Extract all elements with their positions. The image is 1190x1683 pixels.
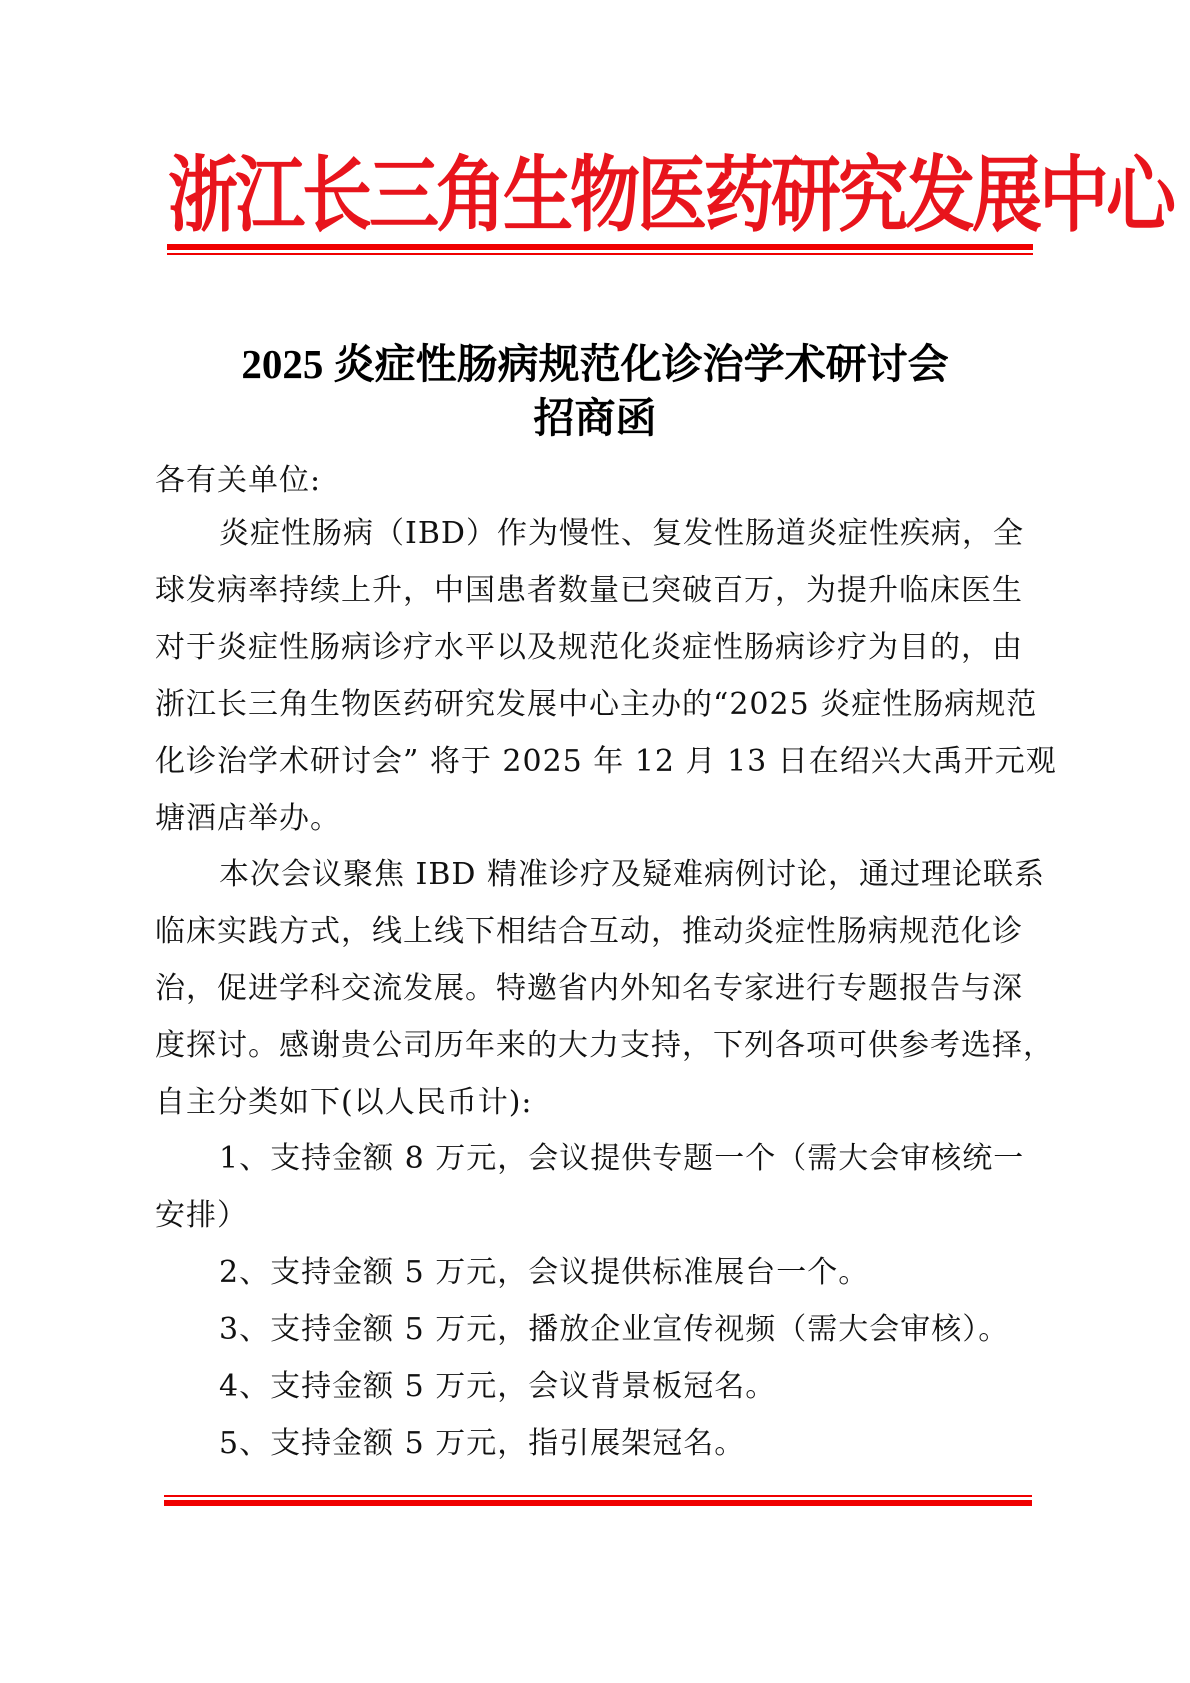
divider-thin-line	[164, 1495, 1032, 1497]
divider-thick-line	[164, 1500, 1032, 1506]
paragraph-line: 球发病率持续上升，中国患者数量已突破百万，为提升临床医生	[155, 562, 1035, 619]
footer-red-divider	[164, 1495, 1032, 1507]
paragraph-line: 自主分类如下(以人民币计):	[155, 1074, 1035, 1131]
sponsorship-item-1-continued: 安排）	[155, 1187, 1035, 1244]
letterhead-red-divider	[167, 244, 1033, 256]
divider-thick-line	[167, 244, 1033, 250]
sponsorship-item-5: 5、支持金额 5 万元，指引展架冠名。	[155, 1415, 1035, 1472]
paragraph-line: 浙江长三角生物医药研究发展中心主办的“2025 炎症性肠病规范	[155, 676, 1035, 733]
paragraph-meeting-focus: 本次会议聚焦 IBD 精准诊疗及疑难病例讨论，通过理论联系 临床实践方式，线上线…	[155, 846, 1035, 1131]
sponsorship-item-2: 2、支持金额 5 万元，会议提供标准展台一个。	[155, 1244, 1035, 1301]
document-page: 浙江长三角生物医药研究发展中心 2025 炎症性肠病规范化诊治学术研讨会 招商函…	[0, 0, 1190, 1683]
sponsorship-item-1: 1、支持金额 8 万元，会议提供专题一个（需大会审核统一	[155, 1130, 1035, 1187]
paragraph-line: 度探讨。感谢贵公司历年来的大力支持，下列各项可供参考选择，	[155, 1017, 1035, 1074]
paragraph-line: 治，促进学科交流发展。特邀省内外知名专家进行专题报告与深	[155, 960, 1035, 1017]
divider-thin-line	[167, 253, 1033, 255]
paragraph-line: 临床实践方式，线上线下相结合互动，推动炎症性肠病规范化诊	[155, 903, 1035, 960]
letterhead-organization-name: 浙江长三角生物医药研究发展中心	[168, 142, 1034, 248]
paragraph-line: 本次会议聚焦 IBD 精准诊疗及疑难病例讨论，通过理论联系	[155, 846, 1035, 903]
document-title: 2025 炎症性肠病规范化诊治学术研讨会	[150, 336, 1040, 392]
paragraph-line: 对于炎症性肠病诊疗水平以及规范化炎症性肠病诊疗为目的，由	[155, 619, 1035, 676]
paragraph-line: 化诊治学术研讨会” 将于 2025 年 12 月 13 日在绍兴大禹开元观	[155, 733, 1035, 790]
sponsorship-item-4: 4、支持金额 5 万元，会议背景板冠名。	[155, 1358, 1035, 1415]
document-subtitle: 招商函	[150, 390, 1040, 446]
paragraph-introduction: 炎症性肠病（IBD）作为慢性、复发性肠道炎症性疾病，全 球发病率持续上升，中国患…	[155, 505, 1035, 847]
salutation-text: 各有关单位:	[155, 452, 1035, 509]
salutation: 各有关单位:	[155, 452, 1035, 509]
sponsorship-list: 1、支持金额 8 万元，会议提供专题一个（需大会审核统一 安排） 2、支持金额 …	[155, 1130, 1035, 1472]
paragraph-line: 炎症性肠病（IBD）作为慢性、复发性肠道炎症性疾病，全	[155, 505, 1035, 562]
sponsorship-item-3: 3、支持金额 5 万元，播放企业宣传视频（需大会审核）。	[155, 1301, 1035, 1358]
paragraph-line: 塘酒店举办。	[155, 790, 1035, 847]
